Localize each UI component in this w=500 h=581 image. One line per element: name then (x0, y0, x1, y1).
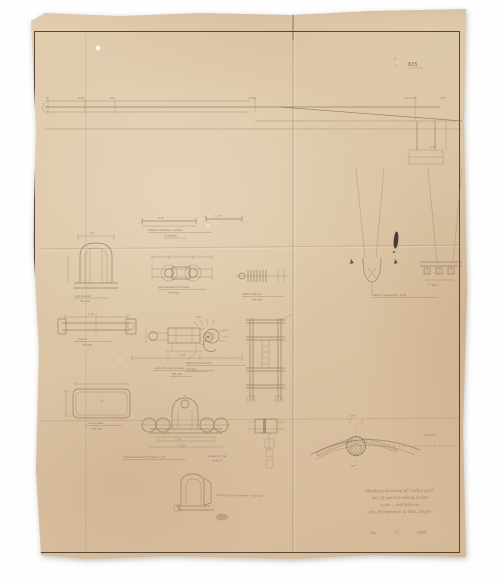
axle-caption: full size (172, 372, 183, 376)
side-caption: half size (168, 291, 179, 295)
pencil-drawing-layer: 2 — 635 6" 4'-6" rail centre top of rail… (0, 0, 500, 581)
rail-dim: rail (110, 96, 114, 100)
title-line: for 25 ton travelling crane (371, 495, 429, 501)
bracket-caption: full size (80, 299, 91, 303)
sheet-border-line (34, 31, 460, 553)
rail-dim: 2'-6" (430, 145, 436, 149)
hook-dim: 2½" (196, 315, 202, 319)
front-caption: front elevation of trolley on rail (124, 455, 166, 459)
fork-pitch: 3" pitch (428, 283, 439, 287)
bar-caption: full size (82, 343, 93, 347)
hook-caption: detail of hook & pin (186, 361, 213, 365)
drawing-sheet: 2 — 635 6" 4'-6" rail centre top of rail… (0, 0, 500, 581)
cap-caption: detail of cap over wheel — full size (216, 493, 263, 498)
title-year: 1894 (416, 530, 426, 535)
ink-blot (393, 231, 399, 248)
dim-label: 1'-7" (215, 214, 221, 218)
axle-dim: 2'-1" (180, 353, 186, 357)
dim-caption: distance between centres (148, 228, 183, 232)
front-note: wheels 9" dia (208, 454, 226, 458)
paper-specks (95, 45, 209, 361)
title-line: scale — half full size (380, 502, 420, 507)
cover-plate-detail: cover plate full size (63, 382, 130, 431)
hook-caption: full size (186, 367, 197, 371)
rail-dim: centre (248, 96, 257, 100)
axle-plan-detail: 2'-1" plan of trolley & axles full size (132, 328, 242, 377)
hook-detail: 2½" detail of hook & pin full size (186, 315, 246, 372)
front-dim: 1'-4" (175, 438, 181, 442)
rail-dim: top of rail (404, 96, 417, 100)
link-frame-detail (246, 314, 292, 401)
bracket-dim: 10" (90, 231, 95, 235)
svg-text:—: — (394, 63, 398, 67)
front-dim: 1'-10" (178, 444, 186, 448)
fork-caption: detail of suspension bolts (372, 293, 407, 297)
overhead-rail-elevation: 6" 4'-6" rail centre top of rail 3'-8" 2… (43, 96, 463, 164)
bracket-caption: end bracket (75, 294, 91, 298)
dim-caption: of wheels (164, 234, 177, 238)
axle-caption: plan of trolley & axles (155, 366, 185, 370)
arch-dim: 5½" (350, 414, 356, 418)
bar-dim: 1'-9" (88, 312, 94, 316)
scan-background: 2 — 635 6" 4'-6" rail centre top of rail… (0, 0, 500, 581)
rail-dim: 3'-8" (440, 96, 446, 100)
title-block: Working drawing of trolley gear for 25 t… (366, 488, 436, 536)
guide-caption: detail of guide (242, 292, 262, 296)
tie-bar-detail: 1'-9" tie bar full size (58, 312, 136, 347)
arch-leader: rad 4'-6" (424, 433, 436, 437)
rail-dim: 6" (46, 96, 49, 100)
end-bracket-detail: 10" end bracket full size (68, 231, 118, 303)
title-line: Jas. Henderson & Son, Engrs (368, 509, 431, 515)
suspension-fork-details: 3" pitch detail of suspension bolts (350, 168, 462, 298)
cap-detail: detail of cap over wheel — full size (174, 474, 264, 521)
fold-creases (40, 14, 460, 551)
arch-dim: 10" (350, 464, 355, 468)
dim-label: 2'-3" (158, 216, 164, 220)
title-no-label: No (369, 530, 376, 535)
trolley-front-elevation: 1'-4" 1'-10" front elevation of trolley … (123, 396, 230, 463)
plate-caption: full size (92, 427, 103, 431)
curved-rail-section-detail: 5½" rad 4'-6" 10" (310, 414, 455, 472)
title-no-value: 72 (394, 530, 399, 535)
guide-caption: full size (252, 298, 263, 302)
note-number: 635 (408, 62, 418, 68)
note-col: 2 (394, 57, 396, 61)
plate-caption: cover plate (88, 421, 103, 425)
rail-dim: 4'-6" (78, 96, 84, 100)
trolley-side-elevation: side elevation of trolley half size (152, 255, 212, 295)
paper-shadow: 2 — 635 6" 4'-6" rail centre top of rail… (0, 0, 500, 581)
dimension-bars: 2'-3" 1'-7" distance between centres of … (142, 214, 242, 238)
front-note: tread 2" (212, 459, 223, 463)
pencil-note-635: 2 — 635 (394, 57, 423, 68)
bar-caption: tie bar (78, 337, 88, 341)
side-caption: side elevation of trolley (158, 285, 190, 289)
guide-detail: detail of guide full size (235, 270, 288, 302)
trolley-end-view (247, 419, 285, 468)
stain-mark (216, 514, 228, 521)
title-line: Working drawing of trolley gear (366, 488, 435, 494)
